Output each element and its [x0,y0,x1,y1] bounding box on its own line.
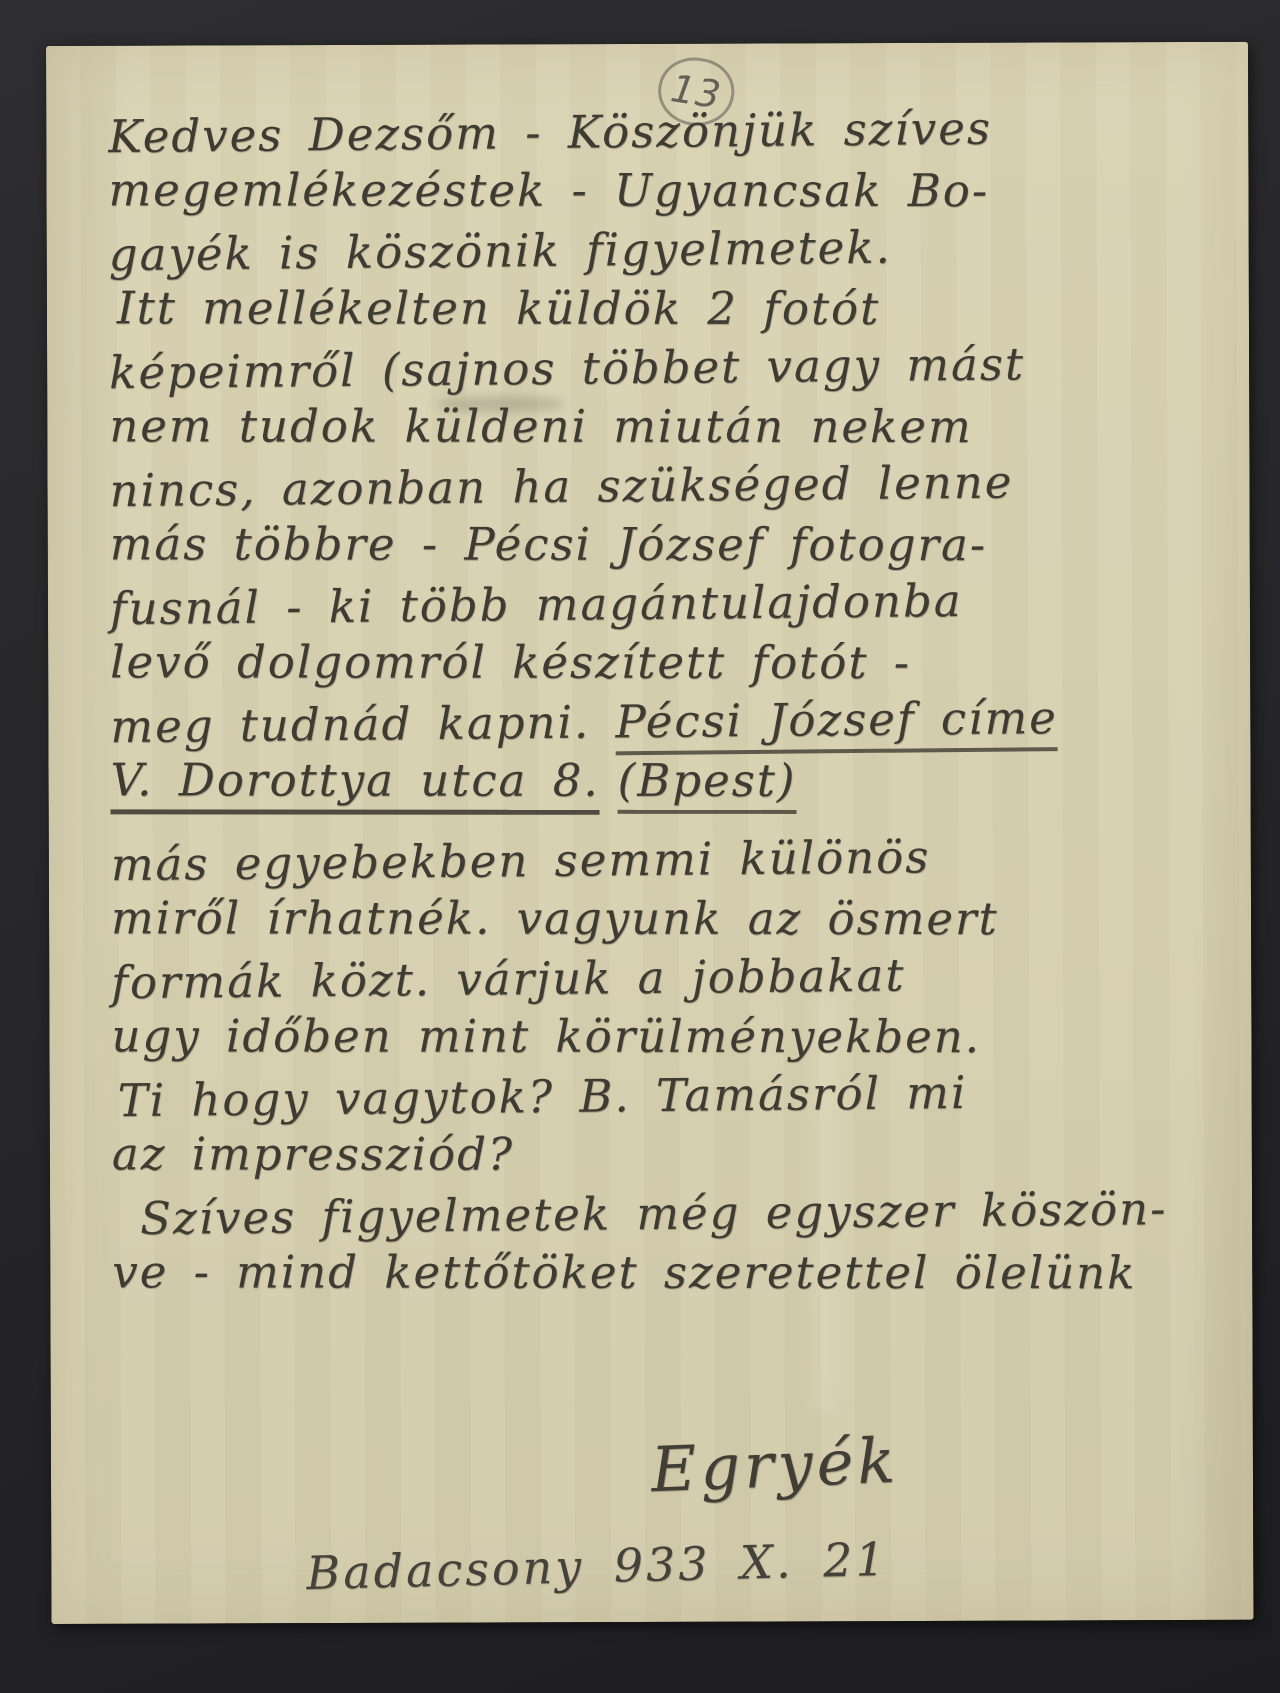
signature: Egryék [650,1424,900,1506]
letter-page: 13 Kedves Dezsőm - Köszönjük szíves mege… [46,42,1254,1624]
dateline: Badacsony 933 X. 21 [306,1532,889,1600]
letter-line-address: V. Dorottya utca 8.(Bpest) [111,750,1221,810]
letter-line: miről írhatnék. vagyunk az ösmert [111,888,1221,948]
letter-line: Itt mellékelten küldök 2 fotót [117,278,1219,338]
letter-line: Szíves figyelmetek még egyszer köszön- [140,1179,1223,1248]
letter-line: képeimről (sajnos többet vagy mást [109,333,1220,403]
letter-line: más egyebekben semmi különös [111,825,1222,895]
letter-line: más többre - Pécsi József fotogra- [110,514,1220,574]
letter-line: formák közt. várjuk a jobbakat [111,943,1222,1013]
letter-line-address-intro: meg tudnád kapni. Pécsi József címe [110,687,1221,757]
letter-line: nincs, azonban ha szükséged lenne [109,451,1220,521]
letter-line: ugy időben mint körülményekben. [111,1006,1221,1066]
scan-background: 13 Kedves Dezsőm - Köszönjük szíves mege… [0,0,1280,1693]
letter-line: ve - mind kettőtöket szeretettel ölelünk [112,1242,1222,1302]
letter-body: Kedves Dezsőm - Köszönjük szíves megemlé… [108,100,1222,1304]
line-text: meg tudnád kapni. [110,695,616,753]
underlined-text: Pécsi József címe [615,691,1058,755]
letter-line: megemlékezéstek - Ugyancsak Bo- [108,160,1218,220]
letter-line: az impressziód? [112,1124,1222,1184]
letter-line: levő dolgomról készített fotót - [110,632,1220,692]
letter-line: gayék is köszönik figyelmetek. [108,215,1219,285]
underlined-address: V. Dorottya utca 8. [111,753,600,814]
letter-line: Kedves Dezsőm - Köszönjük szíves [108,97,1219,167]
letter-line: fusnál - ki több magántulajdonba [110,569,1221,639]
underlined-city: (Bpest) [618,754,797,814]
letter-line: Ti hogy vagytok? B. Tamásról mi [117,1061,1222,1131]
letter-line: nem tudok küldeni miután nekem [109,396,1219,456]
